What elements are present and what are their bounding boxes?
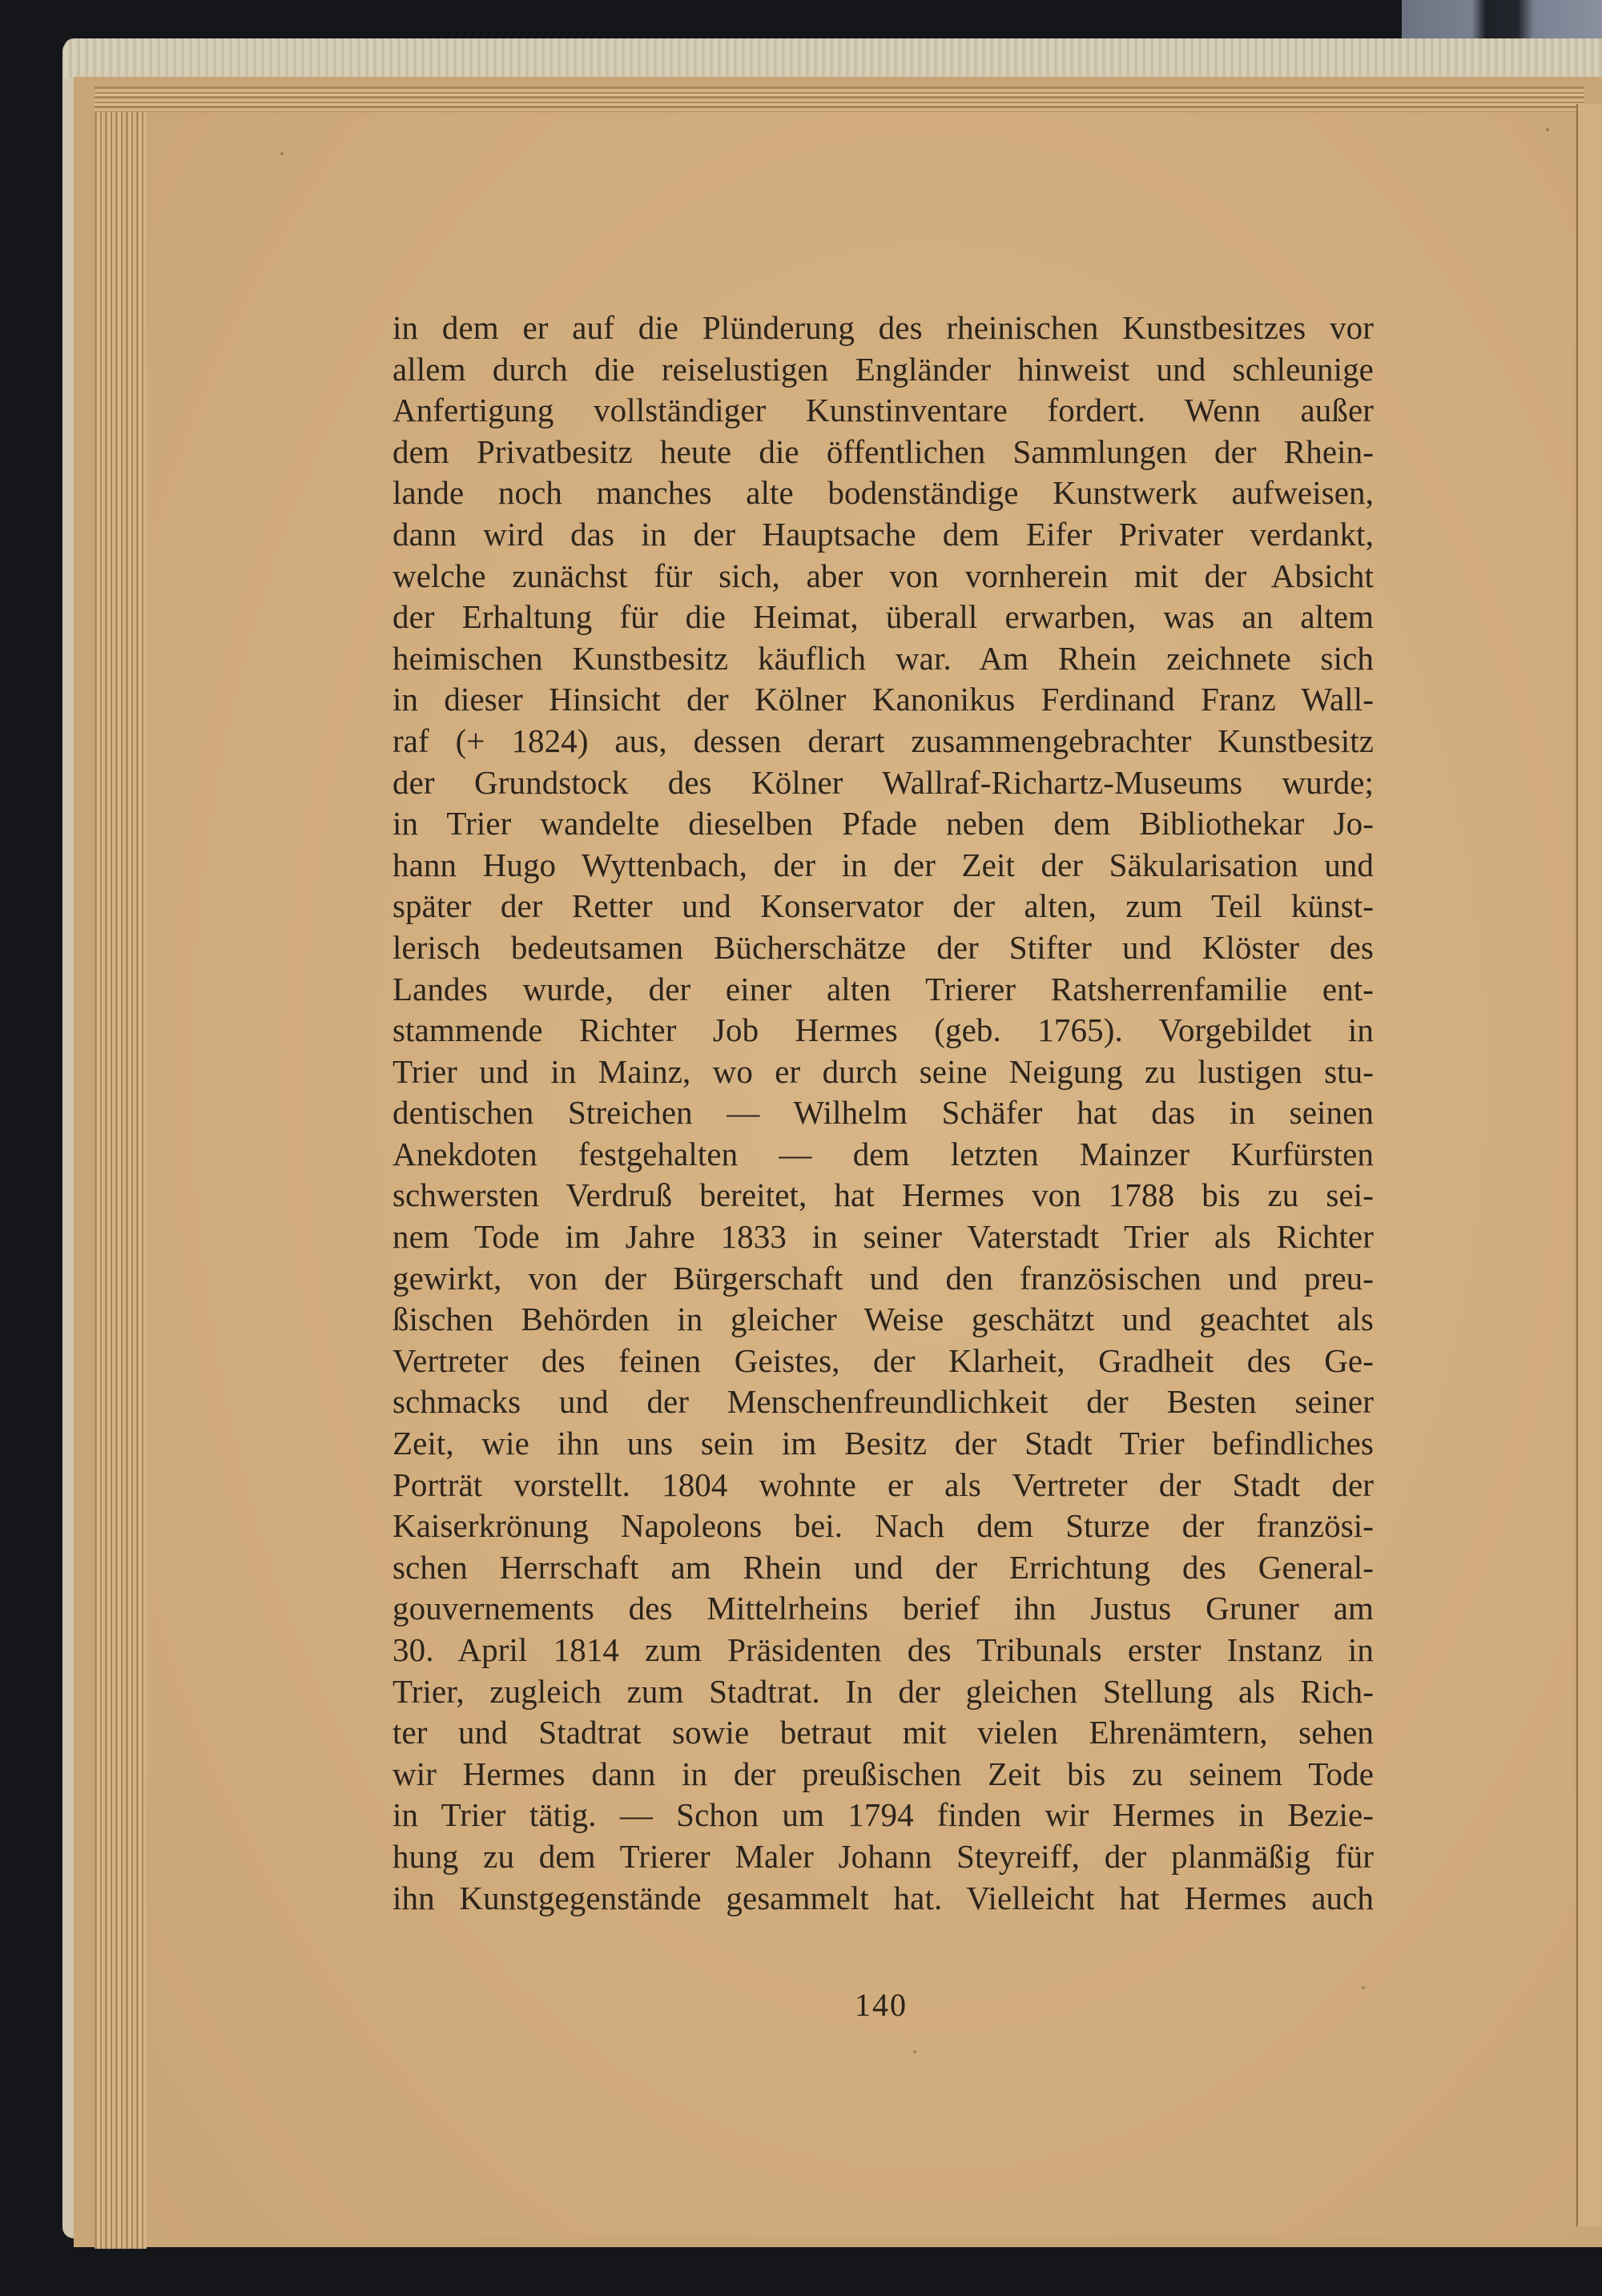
text-line: Vertreter des feinen Geistes, der Klarhe… [392, 1341, 1374, 1382]
facing-page-edge [1576, 104, 1602, 2226]
text-line: lande noch manches alte bodenständige Ku… [392, 472, 1374, 514]
text-line: in Trier tätig. — Schon um 1794 finden w… [392, 1795, 1374, 1836]
text-line: dentischen Streichen — Wilhelm Schäfer h… [392, 1092, 1374, 1134]
page-stack-edge-top [95, 86, 1584, 112]
text-line: Zeit, wie ihn uns sein im Besitz der Sta… [392, 1423, 1374, 1465]
text-line: schwersten Verdruß bereitet, hat Hermes … [392, 1175, 1374, 1216]
paper-speck [280, 152, 284, 155]
text-line: in dem er auf die Plünderung des rheinis… [392, 308, 1374, 349]
paper-speck [913, 2050, 916, 2053]
text-line: gouvernements des Mittelrheins berief ih… [392, 1588, 1374, 1630]
text-line: stammende Richter Job Hermes (geb. 1765)… [392, 1010, 1374, 1051]
text-line: Landes wurde, der einer alten Trierer Ra… [392, 969, 1374, 1011]
text-line: schmacks und der Menschenfreundlichkeit … [392, 1381, 1374, 1423]
text-line: ter und Stadtrat sowie betraut mit viele… [392, 1712, 1374, 1754]
text-line: in dieser Hinsicht der Kölner Kanonikus … [392, 679, 1374, 721]
text-line: hung zu dem Trierer Maler Johann Steyrei… [392, 1836, 1374, 1878]
text-line: nem Tode im Jahre 1833 in seiner Vaterst… [392, 1216, 1374, 1258]
text-line: hann Hugo Wyttenbach, der in der Zeit de… [392, 845, 1374, 887]
text-line: wir Hermes dann in der preußischen Zeit … [392, 1754, 1374, 1795]
text-line: lerisch bedeutsamen Bücherschätze der St… [392, 927, 1374, 969]
page-stack-edge-left [95, 86, 147, 2249]
text-line: heimischen Kunstbesitz käuflich war. Am … [392, 638, 1374, 680]
text-line: allem durch die reiselustigen Engländer … [392, 349, 1374, 391]
page-number: 140 [841, 1986, 921, 2024]
text-line: raf (+ 1824) aus, dessen derart zusammen… [392, 721, 1374, 762]
text-line: später der Retter und Konservator der al… [392, 886, 1374, 927]
text-line: dann wird das in der Hauptsache dem Eife… [392, 514, 1374, 556]
text-line: schen Herrschaft am Rhein und der Errich… [392, 1547, 1374, 1589]
text-line: welche zunächst für sich, aber von vornh… [392, 556, 1374, 597]
text-line: Trier, zugleich zum Stadtrat. In der gle… [392, 1671, 1374, 1713]
text-line: Porträt vorstellt. 1804 wohnte er als Ve… [392, 1465, 1374, 1506]
text-line: der Grundstock des Kölner Wallraf-Richar… [392, 762, 1374, 804]
text-line: ßischen Behörden in gleicher Weise gesch… [392, 1299, 1374, 1341]
text-line: Anekdoten festgehalten — dem letzten Mai… [392, 1134, 1374, 1176]
book-headcap [64, 38, 1602, 78]
text-line: gewirkt, von der Bürgerschaft und den fr… [392, 1258, 1374, 1300]
paper-speck [1362, 1986, 1365, 1989]
body-text: in dem er auf die Plünderung des rheinis… [392, 308, 1374, 1919]
text-line: ihn Kunstgegenstände gesammelt hat. Viel… [392, 1878, 1374, 1920]
text-line: Anfertigung vollständiger Kunstinventare… [392, 390, 1374, 432]
text-line: dem Privatbesitz heute die öffentlichen … [392, 432, 1374, 473]
text-line: 30. April 1814 zum Präsidenten des Tribu… [392, 1630, 1374, 1671]
paper-speck [1546, 128, 1549, 131]
text-line: Kaiserkrönung Napoleons bei. Nach dem St… [392, 1506, 1374, 1547]
text-line: der Erhaltung für die Heimat, überall er… [392, 597, 1374, 638]
text-line: Trier und in Mainz, wo er durch seine Ne… [392, 1051, 1374, 1093]
text-line: in Trier wandelte dieselben Pfade neben … [392, 803, 1374, 845]
